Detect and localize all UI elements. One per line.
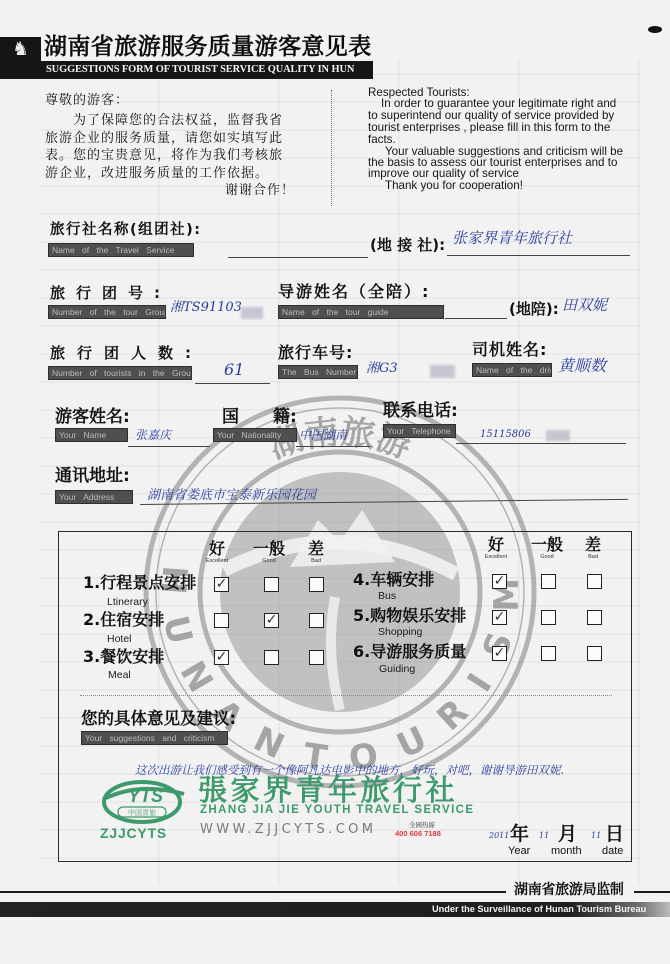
national-guide-label-en: Name of the tour guide	[278, 305, 444, 319]
intro-divider	[331, 90, 332, 206]
checkbox-bus-good	[541, 574, 556, 589]
rating-item-bus-en: Bus	[378, 591, 396, 602]
bus-number-label-en: The Bus Number	[278, 365, 358, 379]
checkbox-guiding-excellent: ✓	[492, 646, 507, 661]
national-guide-label: 导游姓名（全陪）:	[278, 284, 430, 300]
date-year-label-en: Year	[508, 846, 530, 857]
date-day-label-en: date	[602, 846, 623, 857]
telephone-field	[456, 443, 626, 444]
group-size-label-en: Number of tourists in the Group	[48, 366, 192, 380]
date-month-label-en: month	[551, 846, 582, 857]
date-month-label: 月	[558, 825, 577, 844]
checkbox-shopping-excellent: ✓	[492, 610, 507, 625]
hotline-label: 全國热線	[409, 822, 435, 829]
group-size-value: 61	[224, 362, 244, 378]
nationality-field	[296, 446, 370, 447]
address-label-en: Your Address	[55, 490, 133, 504]
section-divider	[80, 695, 612, 696]
column-header-excellent: 好	[474, 537, 518, 553]
checkbox-itinerary-bad	[309, 577, 324, 592]
redacted-block	[546, 430, 570, 441]
date-day-label: 日	[605, 825, 624, 844]
column-header-bad-en: Bad	[294, 559, 338, 565]
intro-greeting-zh: 尊敬的游客：	[45, 93, 129, 108]
nationality-label-en: Your Nationality	[213, 428, 297, 442]
checkbox-hotel-good: ✓	[264, 613, 279, 628]
footer-issuer-en: Under the Surveillance of Hunan Tourism …	[432, 904, 646, 915]
date-month-value: 11	[539, 832, 549, 840]
column-header-bad: 差	[294, 541, 338, 557]
intro-line-zh: 游企业，改进服务质量的工作依据。	[45, 166, 269, 181]
rating-item-itinerary-en: Ltinerary	[107, 597, 148, 608]
nationality-value: 中国湖南	[299, 429, 347, 441]
date-year-value: 2011	[489, 832, 509, 840]
footer-rule-right	[634, 891, 670, 893]
suggestions-label-en: Your suggestions and criticism	[81, 731, 228, 745]
column-header-excellent-en: Excellent	[474, 555, 518, 561]
rating-item-guiding-en: Guiding	[379, 664, 415, 675]
hotline-number: 400 606 7188	[395, 830, 441, 838]
travel-service-label-en: Name of the Travel Service	[48, 243, 194, 257]
form-subtitle: SUGGESTIONS FORM OF TOURIST SERVICE QUAL…	[46, 63, 354, 77]
rating-item-shopping-en: Shopping	[378, 627, 422, 638]
rating-item-hotel-en: Hotel	[107, 634, 132, 645]
checkbox-meal-good	[264, 650, 279, 665]
local-agency-field	[447, 255, 630, 256]
checkbox-guiding-bad	[587, 646, 602, 661]
redacted-block	[241, 307, 263, 319]
rating-item-meal: 3.餐饮安排	[83, 649, 164, 665]
form-title: 湖南省旅游服务质量游客意见表	[44, 33, 372, 61]
driver-name-label: 司机姓名:	[472, 342, 547, 358]
rating-item-bus: 4.车辆安排	[353, 572, 434, 588]
agency-name-en: ZHANG JIA JIE YOUTH TRAVEL SERVICE	[200, 805, 474, 817]
suggestions-label: 您的具体意见及建议:	[81, 711, 236, 728]
intro-line-zh: 旅游企业的服务质量，请您如实填写此	[45, 131, 283, 146]
footer-rule-left	[0, 891, 506, 893]
agency-website: WWW.ZJJCYTS.COM	[200, 823, 376, 836]
scan-mark	[648, 26, 662, 33]
checkbox-bus-excellent: ✓	[492, 574, 507, 589]
checkbox-hotel-excellent	[214, 613, 229, 628]
column-header-good: 一般	[247, 541, 291, 557]
feedback-form-page: 湖南旅游 HUNANTOURISM ♞ 湖南省旅游服务质量游客意见表 SUGGE…	[0, 0, 670, 964]
checkbox-guiding-good	[541, 646, 556, 661]
checkbox-bus-bad	[587, 574, 602, 589]
column-header-excellent: 好	[195, 541, 239, 557]
intro-line-en: Thank you for cooperation!	[385, 180, 523, 192]
zjjcyts-logo-icon: YTS 中国青旅	[100, 778, 190, 826]
travel-service-label: 旅行社名称(组团社):	[50, 223, 202, 238]
group-number-label: 旅行团号:	[50, 286, 171, 301]
local-agency-label: (地 接 社):	[370, 238, 445, 253]
nationality-label: 国 籍:	[222, 409, 297, 426]
column-header-excellent-en: Excellent	[195, 559, 239, 565]
svg-text:YTS: YTS	[128, 786, 163, 806]
redacted-block	[430, 365, 455, 378]
telephone-label: 联系电话:	[383, 403, 458, 420]
rating-item-shopping: 5.购物娱乐安排	[353, 608, 466, 624]
national-guide-field	[445, 318, 507, 319]
column-header-good-en: Good	[525, 555, 569, 561]
tourist-name-value: 张嘉庆	[135, 429, 171, 441]
horse-logo-icon: ♞	[0, 37, 41, 61]
rating-item-meal-en: Meal	[108, 670, 131, 681]
agency-name-zh: 張家界青年旅行社	[198, 776, 458, 805]
group-size-label: 旅行团人数:	[50, 346, 203, 361]
rating-item-guiding: 6.导游服务质量	[353, 644, 466, 660]
checkbox-itinerary-good	[264, 577, 279, 592]
tourist-name-label-en: Your Name	[55, 428, 128, 442]
date-day-value: 11	[591, 832, 601, 840]
svg-text:中国青旅: 中国青旅	[128, 808, 156, 817]
group-number-value: 湘TS91103	[170, 301, 242, 314]
intro-line-en: tourist enterprises , please fill in thi…	[368, 122, 610, 134]
intro-thanks-zh: 谢谢合作！	[225, 183, 295, 198]
checkbox-shopping-bad	[587, 610, 602, 625]
checkbox-meal-excellent: ✓	[214, 650, 229, 665]
column-header-bad: 差	[571, 537, 615, 553]
telephone-value: 15115806	[480, 430, 531, 440]
column-header-good-en: Good	[247, 559, 291, 565]
rating-item-hotel: 2.住宿安排	[83, 612, 164, 628]
local-agency-value: 张家界青年旅行社	[452, 231, 572, 246]
intro-line-zh: 为了保障您的合法权益，监督我省	[73, 113, 283, 128]
local-guide-label: (地陪):	[509, 302, 559, 317]
tourist-name-label: 游客姓名:	[55, 409, 130, 426]
date-year-label: 年	[510, 825, 529, 844]
tourist-name-field	[128, 446, 210, 447]
address-label: 通讯地址:	[55, 468, 130, 485]
footer-issuer: 湖南省旅游局监制	[514, 883, 624, 897]
checkbox-hotel-bad	[309, 613, 324, 628]
travel-service-field	[228, 257, 368, 258]
local-guide-value: 田双妮	[562, 298, 607, 313]
bus-number-value: 湘G3	[366, 362, 398, 375]
intro-line-zh: 表。您的宝贵意见，将作为我们考核旅	[45, 148, 283, 163]
bus-number-label: 旅行车号:	[278, 345, 353, 361]
column-header-good: 一般	[525, 537, 569, 553]
checkbox-meal-bad	[309, 650, 324, 665]
logo-code-text: ZJJCYTS	[100, 826, 167, 840]
rating-item-itinerary: 1.行程景点安排	[83, 575, 196, 591]
address-value: 湖南省娄底市宝泰新乐园花园	[147, 489, 316, 502]
driver-name-label-en: Name of the driver	[472, 363, 552, 377]
group-number-label-en: Number of the tour Group	[48, 305, 166, 319]
checkbox-itinerary-excellent: ✓	[214, 577, 229, 592]
group-size-field	[195, 383, 270, 384]
column-header-bad-en: Bad	[571, 555, 615, 561]
checkbox-shopping-good	[541, 610, 556, 625]
telephone-label-en: Your Telephone	[383, 424, 456, 438]
driver-name-value: 黄顺数	[558, 358, 606, 374]
